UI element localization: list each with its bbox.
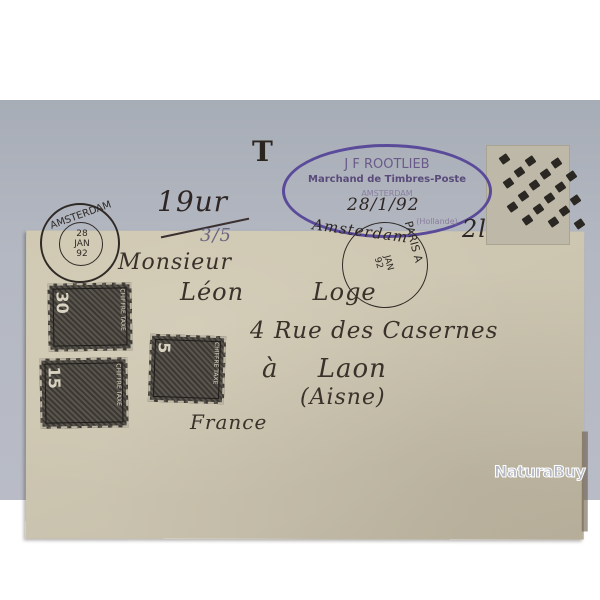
stamp-label: CHIFFRE TAXE	[114, 363, 122, 406]
address-line-3: 4 Rue des Casernes	[250, 318, 498, 344]
grid-cancel-dot	[507, 201, 519, 213]
tax-mark: T	[252, 135, 273, 168]
amsterdam-postmark-year: 92	[70, 249, 94, 259]
cachet-trade: Marchand de Timbres-Poste	[285, 174, 489, 185]
amsterdam-postmark-month: JAN	[70, 239, 94, 249]
stamp-label: CHIFFRE TAXE	[211, 342, 219, 385]
grid-cancel-dot	[555, 181, 567, 193]
grid-cancel-dot	[559, 205, 571, 217]
amsterdam-postmark-day: 28	[70, 229, 94, 239]
postage-due-stamp: 5CHIFFRE TAXE	[148, 334, 226, 405]
grid-cancel-dot	[570, 194, 582, 206]
envelope-edge	[582, 431, 588, 531]
address-line-1: Monsieur	[118, 250, 232, 275]
address-line-2: Léon Loge	[180, 278, 377, 306]
grid-cancel-dot	[503, 177, 515, 189]
grid-cancel-dot	[518, 190, 530, 202]
grid-cancel-dot	[499, 153, 511, 165]
cachet-name: J F ROOTLIEB	[285, 157, 489, 172]
stamp-value: 30	[53, 291, 72, 314]
grid-cancel-dot	[574, 218, 586, 230]
photo-background: T 19ur 3/5 J F ROOTLIEB Marchand de Timb…	[0, 100, 600, 500]
stamp-label: CHIFFRE TAXE	[119, 288, 127, 331]
grid-cancel-dot	[551, 157, 563, 169]
grid-cancel-dot	[514, 166, 526, 178]
amsterdam-postmark: AMSTERDAM 28 JAN 92	[40, 203, 120, 283]
stamp-value: 5	[155, 342, 174, 354]
grid-cancel-dot	[533, 203, 545, 215]
handwritten-fraction: 3/5	[200, 225, 232, 246]
grid-cancel-dot	[529, 179, 541, 191]
grid-cancel-dot	[525, 155, 537, 167]
grid-cancel-dot	[548, 216, 560, 228]
address-line-6: France	[190, 410, 267, 434]
grid-cancel-dot	[540, 168, 552, 180]
naturabuy-watermark: NaturaBuy	[494, 462, 585, 481]
postage-due-stamp: 30CHIFFRE TAXE	[47, 282, 132, 351]
grid-cancel-dot	[544, 192, 556, 204]
handwritten-note: 19ur	[157, 185, 228, 218]
stamp-value: 15	[45, 366, 64, 389]
side-mark: 2l	[462, 215, 487, 243]
postage-due-stamp: 15CHIFFRE TAXE	[39, 357, 128, 429]
address-line-4: à Laon	[262, 354, 387, 384]
grid-cancel-dot	[566, 170, 578, 182]
address-line-5: (Aisne)	[300, 385, 386, 410]
